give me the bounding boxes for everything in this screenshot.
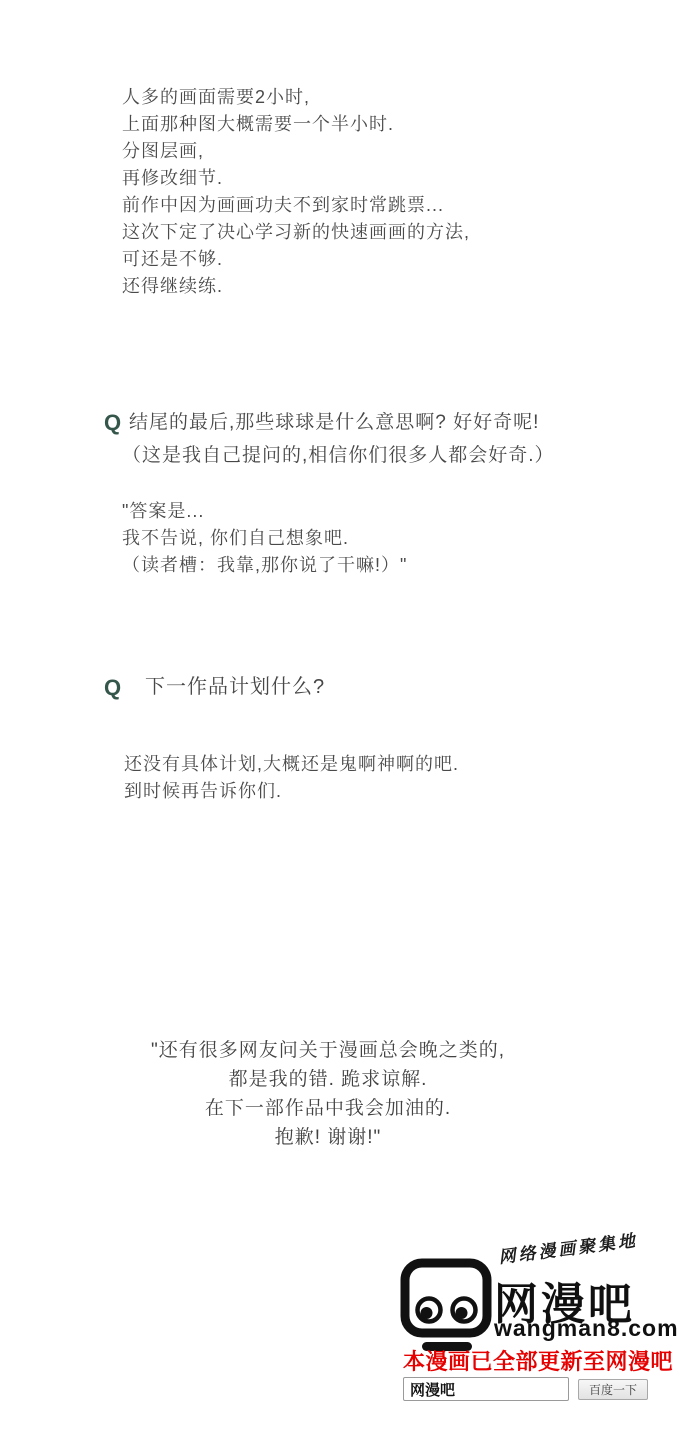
text-line: 人多的画面需要2小时, [122,84,470,111]
robot-tv-icon [398,1258,498,1352]
search-input[interactable] [403,1377,569,1401]
answer1-text-block: "答案是... 我不告说, 你们自己想象吧. （读者槽：我靠,那你说了干嘛!）" [122,498,407,579]
text-line: 到时候再告诉你们. [124,778,459,805]
text-line: 在下一部作品中我会加油的. [0,1094,656,1123]
answer2-text-block: 还没有具体计划,大概还是鬼啊神啊的吧. 到时候再告诉你们. [124,751,459,805]
question1-text: 结尾的最后,那些球球是什么意思啊? 好好奇呢! （这是我自己提问的,相信你们很多… [129,406,555,472]
site-url: wangman8.com [494,1315,679,1342]
text-line: 结尾的最后,那些球球是什么意思啊? 好好奇呢! [129,406,555,439]
text-line: （这是我自己提问的,相信你们很多人都会好奇.） [122,439,555,472]
baidu-search-button[interactable]: 百度一下 [578,1379,648,1400]
text-line: "答案是... [122,498,407,525]
text-line: 再修改细节. [122,165,470,192]
text-line: 前作中因为画画功夫不到家时常跳票... [122,192,470,219]
text-line: 上面那种图大概需要一个半小时. [122,111,470,138]
comic-qa-page: 人多的画面需要2小时, 上面那种图大概需要一个半小时. 分图层画, 再修改细节.… [0,0,690,1450]
text-line: （读者槽：我靠,那你说了干嘛!）" [122,552,407,579]
text-line: 我不告说, 你们自己想象吧. [122,525,407,552]
site-tagline: 网络漫画聚集地 [497,1226,639,1268]
update-notice: 本漫画已全部更新至网漫吧 [403,1345,673,1376]
question1-q-marker: Q [104,406,121,439]
text-line: "还有很多网友问关于漫画总会晚之类的, [0,1036,656,1065]
text-line: 这次下定了决心学习新的快速画画的方法, [122,219,470,246]
apology-text-block: "还有很多网友问关于漫画总会晚之类的, 都是我的错. 跪求谅解. 在下一部作品中… [0,1036,656,1152]
intro-text-block: 人多的画面需要2小时, 上面那种图大概需要一个半小时. 分图层画, 再修改细节.… [122,84,470,300]
text-line: 抱歉! 谢谢!" [0,1123,656,1152]
text-line: 还没有具体计划,大概还是鬼啊神啊的吧. [124,751,459,778]
text-line: 分图层画, [122,138,470,165]
text-line: 可还是不够. [122,246,470,273]
text-line: 都是我的错. 跪求谅解. [0,1065,656,1094]
question2-q-marker: Q [104,671,121,704]
text-line: 还得继续练. [122,273,470,300]
question2-text: 下一作品计划什么? [145,671,325,704]
